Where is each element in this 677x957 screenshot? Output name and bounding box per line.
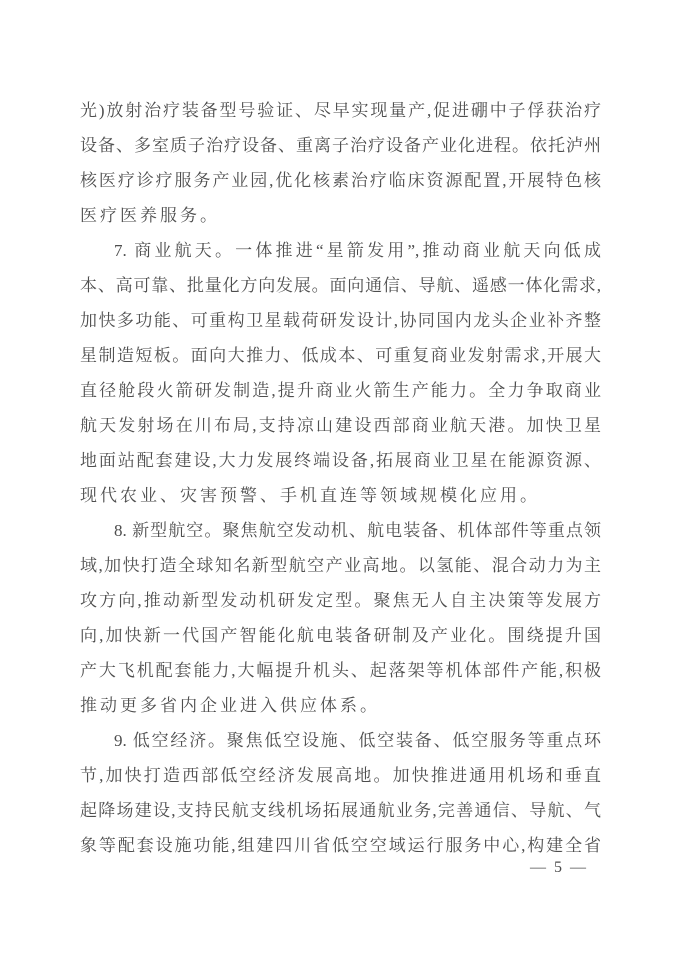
text-line: 光)放射治疗装备型号验证、尽早实现量产,促进硼中子俘获治疗	[80, 93, 601, 128]
text-line: 医疗医养服务。	[80, 198, 601, 233]
text-line: 地面站配套建设,大力发展终端设备,拓展商业卫星在能源资源、	[80, 443, 601, 478]
text-line: 域,加快打造全球知名新型航空产业高地。以氢能、混合动力为主	[80, 548, 601, 583]
text-line: 攻方向,推动新型发动机研发定型。聚焦无人自主决策等发展方	[80, 583, 601, 618]
paragraph-item-9-low-altitude-economy: 9. 低空经济。聚焦低空设施、低空装备、低空服务等重点环 节,加快打造西部低空经…	[80, 723, 601, 863]
page-number: — 5 —	[518, 855, 600, 881]
paragraph-item-8-new-aviation: 8. 新型航空。聚焦航空发动机、航电装备、机体部件等重点领 域,加快打造全球知名…	[80, 513, 601, 723]
text-line: 直径舱段火箭研发制造,提升商业火箭生产能力。全力争取商业	[80, 373, 601, 408]
text-line: 8. 新型航空。聚焦航空发动机、航电装备、机体部件等重点领	[80, 513, 601, 548]
text-line: 9. 低空经济。聚焦低空设施、低空装备、低空服务等重点环	[80, 723, 601, 758]
paragraph-nuclear-medicine-continuation: 光)放射治疗装备型号验证、尽早实现量产,促进硼中子俘获治疗 设备、多室质子治疗设…	[80, 93, 601, 233]
document-body: 光)放射治疗装备型号验证、尽早实现量产,促进硼中子俘获治疗 设备、多室质子治疗设…	[80, 93, 601, 863]
text-line: 产大飞机配套能力,大幅提升机头、起落架等机体部件产能,积极	[80, 653, 601, 688]
text-line: 向,加快新一代国产智能化航电装备研制及产业化。围绕提升国	[80, 618, 601, 653]
paragraph-item-7-commercial-aerospace: 7. 商业航天。一体推进“星箭发用”,推动商业航天向低成 本、高可靠、批量化方向…	[80, 233, 601, 513]
text-line: 核医疗诊疗服务产业园,优化核素治疗临床资源配置,开展特色核	[80, 163, 601, 198]
text-line: 推动更多省内企业进入供应体系。	[80, 688, 601, 723]
text-line: 星制造短板。面向大推力、低成本、可重复商业发射需求,开展大	[80, 338, 601, 373]
text-line: 设备、多室质子治疗设备、重离子治疗设备产业化进程。依托泸州	[80, 128, 601, 163]
text-line: 起降场建设,支持民航支线机场拓展通航业务,完善通信、导航、气	[80, 793, 601, 828]
text-line: 节,加快打造西部低空经济发展高地。加快推进通用机场和垂直	[80, 758, 601, 793]
document-page: 光)放射治疗装备型号验证、尽早实现量产,促进硼中子俘获治疗 设备、多室质子治疗设…	[0, 0, 677, 957]
text-line: 本、高可靠、批量化方向发展。面向通信、导航、遥感一体化需求,	[80, 268, 601, 303]
text-line: 航天发射场在川布局,支持凉山建设西部商业航天港。加快卫星	[80, 408, 601, 443]
text-line: 加快多功能、可重构卫星载荷研发设计,协同国内龙头企业补齐整	[80, 303, 601, 338]
text-line: 现代农业、灾害预警、手机直连等领域规模化应用。	[80, 478, 601, 513]
text-line: 7. 商业航天。一体推进“星箭发用”,推动商业航天向低成	[80, 233, 601, 268]
